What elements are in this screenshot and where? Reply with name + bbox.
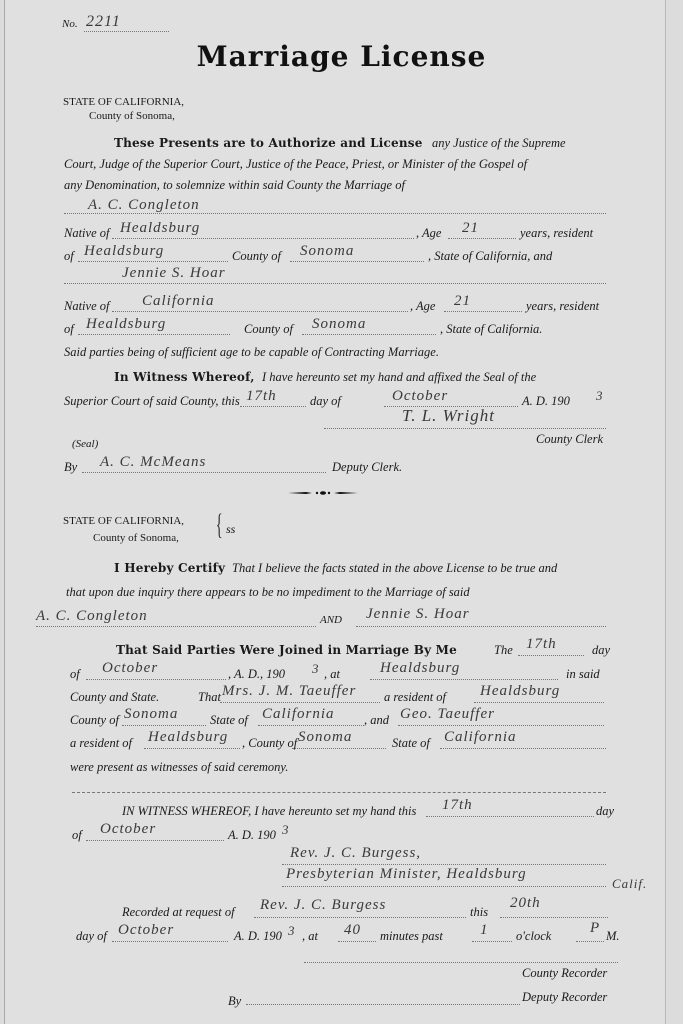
witness-line-1: I have hereunto set my hand and affixed … bbox=[262, 370, 536, 385]
officiant-name: Rev. J. C. Burgess, bbox=[290, 845, 421, 862]
cert-party-2: Jennie S. Hoar bbox=[366, 606, 470, 623]
m-label: M. bbox=[606, 929, 620, 944]
officiant-location: Calif. bbox=[612, 876, 647, 892]
bride-county-line bbox=[302, 334, 436, 335]
witness-2-county-line bbox=[292, 748, 386, 749]
license-number-label: No. bbox=[62, 18, 78, 30]
witness-1-county: Sonoma bbox=[124, 706, 178, 723]
witness-2-name: Geo. Taeuffer bbox=[400, 706, 495, 723]
groom-years-label: years, resident bbox=[520, 226, 593, 241]
clerk-title: County Clerk bbox=[536, 432, 603, 447]
joined-place-line bbox=[370, 679, 558, 680]
license-month: October bbox=[392, 388, 448, 405]
bride-of-label: of bbox=[64, 322, 74, 337]
recorded-hour: 1 bbox=[480, 922, 489, 939]
groom-resident-of: Healdsburg bbox=[84, 243, 164, 260]
in-said-label: in said bbox=[566, 667, 600, 682]
recorded-meridiem: P bbox=[590, 920, 600, 937]
bride-resident-line bbox=[78, 334, 230, 335]
witness-1-name: Mrs. J. M. Taeuffer bbox=[222, 683, 356, 700]
clerk-signature: T. L. Wright bbox=[402, 406, 495, 426]
sign-day-label: day bbox=[596, 804, 614, 819]
groom-name: A. C. Congleton bbox=[88, 197, 200, 214]
meridiem-line bbox=[576, 941, 604, 942]
recorded-ad-label: A. D. 190 bbox=[234, 929, 282, 944]
witness-2-residence: Healdsburg bbox=[148, 729, 228, 746]
bride-native-line bbox=[112, 311, 408, 312]
witness-heading: In Witness Whereof, bbox=[114, 370, 255, 384]
witness-1-line bbox=[220, 702, 380, 703]
sign-year-digit: 3 bbox=[282, 822, 290, 838]
recorded-month: October bbox=[118, 922, 174, 939]
recorded-hour-line bbox=[472, 941, 512, 942]
recorder-by-label: By bbox=[228, 994, 241, 1009]
bride-county-label: County of bbox=[244, 322, 293, 337]
joined-month: October bbox=[102, 660, 158, 677]
this-label: this bbox=[470, 905, 488, 920]
witness-2-residence-line bbox=[144, 748, 240, 749]
groom-county-label: County of bbox=[232, 249, 281, 264]
county-header: County of Sonoma, bbox=[89, 110, 175, 122]
day-of-label: day of bbox=[310, 394, 341, 409]
cert-party-1: A. C. Congleton bbox=[36, 608, 148, 625]
bride-resident-of: Healdsburg bbox=[86, 316, 166, 333]
groom-native-label: Native of bbox=[64, 226, 109, 241]
bride-name: Jennie S. Hoar bbox=[122, 265, 226, 282]
bride-county: Sonoma bbox=[312, 316, 366, 333]
state-header: STATE OF CALIFORNIA, bbox=[63, 96, 184, 108]
license-day-line bbox=[240, 406, 306, 407]
certify-line-1: That I believe the facts stated in the a… bbox=[232, 561, 557, 576]
license-number-line bbox=[84, 31, 169, 32]
cert-party-2-line bbox=[356, 626, 606, 627]
brace-icon: { bbox=[216, 508, 223, 542]
bride-years-label: years, resident bbox=[526, 299, 599, 314]
recorded-at-label: , at bbox=[302, 929, 318, 944]
minutes-past-label: minutes past bbox=[380, 929, 443, 944]
deputy-title: Deputy Clerk. bbox=[332, 460, 402, 475]
in-witness-text: IN WITNESS WHEREOF, I have hereunto set … bbox=[122, 804, 416, 819]
joined-year-digit: 3 bbox=[312, 661, 320, 677]
county-of-label: County of bbox=[70, 713, 119, 728]
witness-2-state: California bbox=[444, 729, 517, 746]
separator-line bbox=[72, 792, 606, 793]
witness-1-state: California bbox=[262, 706, 335, 723]
bride-native-label: Native of bbox=[64, 299, 109, 314]
groom-age-label: , Age bbox=[416, 226, 441, 241]
the-label: The bbox=[494, 643, 513, 658]
recorded-month-line bbox=[112, 941, 228, 942]
age-statement: Said parties being of sufficient age to … bbox=[64, 345, 439, 360]
groom-state-label: , State of California, and bbox=[428, 249, 552, 264]
sign-month-line bbox=[86, 840, 224, 841]
oclock-label: o'clock bbox=[516, 929, 551, 944]
joined-heading: That Said Parties Were Joined in Marriag… bbox=[116, 643, 457, 657]
resident-label-2: a resident of bbox=[70, 736, 132, 751]
intro-line-3: any Denomination, to solemnize within sa… bbox=[64, 178, 405, 193]
groom-county-line bbox=[290, 261, 424, 262]
recorded-label: Recorded at request of bbox=[122, 905, 235, 920]
day-label: day bbox=[592, 643, 610, 658]
requester-name: Rev. J. C. Burgess bbox=[260, 897, 386, 914]
intro-line-1: any Justice of the Supreme bbox=[432, 136, 566, 151]
state-of-label-2: State of bbox=[392, 736, 430, 751]
license-year-digit: 3 bbox=[596, 388, 604, 404]
cert-state-header: STATE OF CALIFORNIA, bbox=[63, 515, 184, 527]
present-statement: were present as witnesses of said ceremo… bbox=[70, 760, 288, 775]
officiant-line-1 bbox=[282, 864, 606, 865]
sign-ad-label: A. D. 190 bbox=[228, 828, 276, 843]
that-label: That bbox=[198, 690, 221, 705]
sign-day-line bbox=[426, 816, 594, 817]
sign-day: 17th bbox=[442, 797, 473, 814]
county-of-label-2: , County of bbox=[242, 736, 297, 751]
ss-label: ss bbox=[226, 522, 235, 537]
bride-age-line bbox=[444, 311, 522, 312]
license-day: 17th bbox=[246, 388, 277, 405]
groom-age: 21 bbox=[462, 220, 479, 237]
witness-1-residence-line bbox=[474, 702, 604, 703]
deputy-recorder-label: Deputy Recorder bbox=[522, 990, 607, 1005]
bride-native-of: California bbox=[142, 293, 215, 310]
witness-1-residence: Healdsburg bbox=[480, 683, 560, 700]
groom-native-of: Healdsburg bbox=[120, 220, 200, 237]
sign-of-label: of bbox=[72, 828, 82, 843]
bride-state-label: , State of California. bbox=[440, 322, 542, 337]
and-label: AND bbox=[320, 614, 342, 626]
recorded-minutes-line bbox=[338, 941, 376, 942]
bride-age-label: , Age bbox=[410, 299, 435, 314]
license-ad-label: A. D. 190 bbox=[522, 394, 570, 409]
deputy-signature-line bbox=[82, 472, 326, 473]
officiant-line-2 bbox=[282, 886, 606, 887]
joined-ad-label: , A. D., 190 bbox=[228, 667, 285, 682]
authorize-heading: These Presents are to Authorize and Lice… bbox=[114, 136, 423, 150]
groom-of-label: of bbox=[64, 249, 74, 264]
witness-1-state-line bbox=[258, 725, 364, 726]
at-label: , at bbox=[324, 667, 340, 682]
day-of-label-rec: day of bbox=[76, 929, 107, 944]
bride-age: 21 bbox=[454, 293, 471, 310]
recorded-minutes: 40 bbox=[344, 922, 361, 939]
certify-heading: I Hereby Certify bbox=[114, 561, 225, 575]
cert-county-header: County of Sonoma, bbox=[93, 532, 179, 544]
groom-age-line bbox=[448, 238, 516, 239]
witness-line-2: Superior Court of said County, this bbox=[64, 394, 240, 409]
seal-label: (Seal) bbox=[72, 438, 98, 450]
and-label-2: , and bbox=[364, 713, 389, 728]
cert-party-1-line bbox=[36, 626, 316, 627]
witness-2-county: Sonoma bbox=[298, 729, 352, 746]
recorded-day: 20th bbox=[510, 895, 541, 912]
joined-month-line bbox=[86, 679, 226, 680]
sign-month: October bbox=[100, 821, 156, 838]
license-number: 2211 bbox=[86, 13, 121, 31]
certify-line-2: that upon due inquiry there appears to b… bbox=[66, 585, 470, 600]
groom-resident-line bbox=[78, 261, 228, 262]
recorded-day-line bbox=[500, 917, 608, 918]
requester-line bbox=[254, 917, 466, 918]
joined-of-label: of bbox=[70, 667, 80, 682]
groom-county: Sonoma bbox=[300, 243, 354, 260]
county-recorder-label: County Recorder bbox=[522, 966, 607, 981]
intro-line-2: Court, Judge of the Superior Court, Just… bbox=[64, 157, 527, 172]
by-label: By bbox=[64, 460, 77, 475]
witness-1-county-line bbox=[122, 725, 206, 726]
state-of-label: State of bbox=[210, 713, 248, 728]
joined-place: Healdsburg bbox=[380, 660, 460, 677]
deputy-recorder-line bbox=[246, 1004, 520, 1005]
officiant-title: Presbyterian Minister, Healdsburg bbox=[286, 866, 527, 883]
county-recorder-line bbox=[304, 962, 618, 963]
page-title: Marriage License bbox=[0, 40, 683, 73]
joined-day: 17th bbox=[526, 636, 557, 653]
ornament-divider bbox=[288, 490, 358, 496]
resident-label: a resident of bbox=[384, 690, 446, 705]
clerk-signature-line bbox=[324, 428, 606, 429]
joined-day-line bbox=[518, 655, 584, 656]
recorded-year-digit: 3 bbox=[288, 923, 296, 939]
witness-2-state-line bbox=[440, 748, 606, 749]
groom-native-line bbox=[112, 238, 414, 239]
groom-name-line bbox=[64, 213, 606, 214]
bride-name-line bbox=[64, 283, 606, 284]
witness-2-line bbox=[398, 725, 604, 726]
deputy-signature: A. C. McMeans bbox=[100, 454, 206, 471]
county-state-label: County and State. bbox=[70, 690, 159, 705]
